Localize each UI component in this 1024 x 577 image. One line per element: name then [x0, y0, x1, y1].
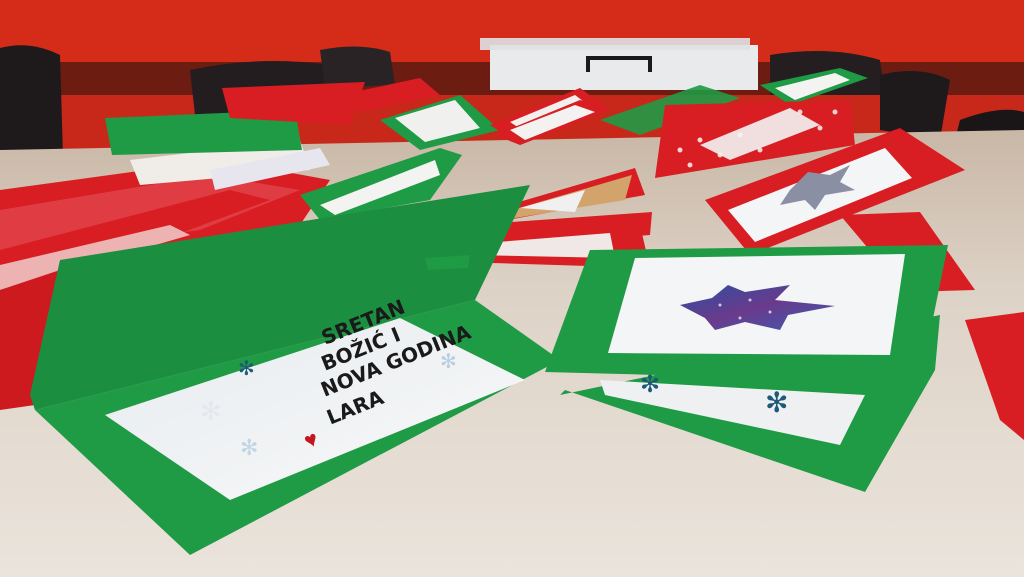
snowflake-icon: ✻ [238, 358, 255, 380]
chair-back-center [320, 46, 395, 88]
snowflake-icon: ✻ [240, 435, 258, 460]
snowflake-icon: ✻ [440, 351, 457, 373]
card-red-upright [222, 82, 365, 125]
chair-right-1 [880, 71, 950, 140]
snowflake-icon: ✻ [765, 387, 788, 418]
snowflake-icon: ✻ [200, 396, 222, 426]
storage-box [490, 45, 758, 90]
snowflake-icon: ✻ [640, 371, 660, 398]
photo-canvas: SRETAN BOŽIĆ I NOVA GODINA LARA ♥ ✻ ✻ ✻ … [0, 0, 1024, 577]
christmas-cards-photo: SRETAN BOŽIĆ I NOVA GODINA LARA ♥ ✻ ✻ ✻ … [0, 0, 1024, 577]
